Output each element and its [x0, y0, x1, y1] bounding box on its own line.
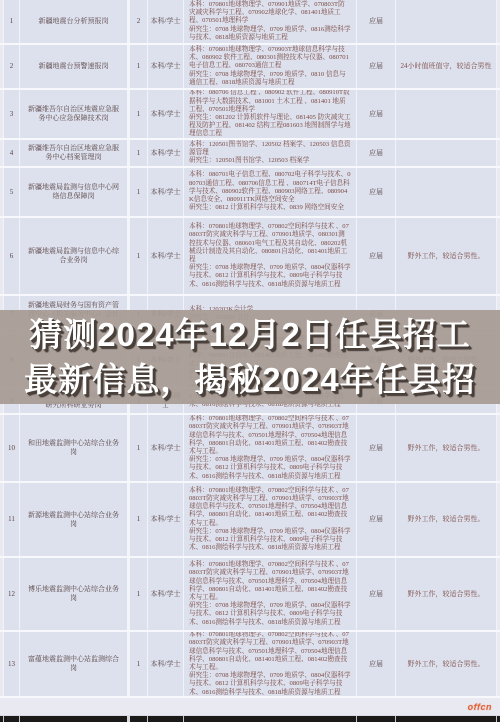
- cell-degree: 本科/学士: [148, 45, 184, 88]
- majors-text: 本科：080701电子信息工程、080702电子科学与技术、080703通信工程…: [186, 170, 354, 213]
- cell-position-name: 和田地震监测中心站综合业务岗: [20, 415, 130, 481]
- cell-fresh-grad: 应届: [357, 558, 396, 630]
- cell-headcount: 1: [130, 415, 148, 481]
- cell-remark: 野外工作，较适合男性。: [396, 415, 497, 481]
- band-col-index: [3, 716, 20, 722]
- cell-majors: 本科：120501图书馆学、120502 档案学、120503 信息资源管理 研…: [184, 140, 357, 166]
- cell-majors: 本科：080706 信息工程 、080902 软件工程、080910T数据科学与…: [184, 90, 357, 138]
- majors-text: 本科：070801地球物理学、070802空间科学与技术 、070803T防灾减…: [186, 486, 354, 554]
- majors-text: 本科：080706 信息工程 、080902 软件工程、080910T数据科学与…: [186, 90, 354, 138]
- cell-position-name: 博乐地震监测中心站综合业务岗: [20, 558, 130, 630]
- cell-remark: 24小时值班值守，较适合男性: [396, 45, 497, 88]
- cell-remark: 野外工作，较适合男性。: [396, 483, 497, 556]
- cell-headcount: 1: [130, 558, 148, 630]
- cell-remark: 野外工作，较适合男性。: [396, 558, 497, 630]
- band-col-majors: [184, 716, 357, 722]
- cell-degree: 本科/学士: [148, 0, 184, 43]
- cell-headcount: 1: [130, 218, 148, 294]
- cell-fresh-grad: 应届: [357, 0, 396, 43]
- cell-fresh-grad: 应届: [357, 90, 396, 138]
- cell-majors: 本科：070801地球物理学、070802空间科学与技术 、070803T防灾减…: [184, 483, 357, 556]
- cell-degree: 本科/学士: [148, 218, 184, 294]
- cell-degree: 本科/学士: [148, 415, 184, 481]
- table-row: 2 新疆地震台预警速报岗 1 本科/学士 本科：070801地球物理学、0709…: [0, 45, 500, 90]
- majors-text: 本科：120501图书馆学、120502 档案学、120503 信息资源管理 研…: [186, 140, 354, 166]
- cell-degree: 本科/学士: [148, 483, 184, 556]
- cell-headcount: 1: [130, 168, 148, 216]
- offcn-watermark: offcn: [468, 702, 492, 712]
- cell-fresh-grad: 应届: [357, 140, 396, 166]
- cell-majors: 本科：070801地球物理学、070802空间科学与技术 、070803T防灾减…: [184, 218, 357, 294]
- majors-text: 本科：070801地球物理学、070802空间科学与技术 、070803T防灾减…: [186, 222, 354, 290]
- table-row: 1 新疆地震台分析预报岗 2 本科/学士 本科：070801地球物理学、0709…: [0, 0, 500, 45]
- cell-degree: 本科/学士: [148, 168, 184, 216]
- majors-text: 本科：070801地球物理学、070802空间科学与技术 、070803T防灾减…: [186, 560, 354, 628]
- cell-position-name: 新疆地震局监测与信息中心网络信息保障岗: [20, 168, 130, 216]
- table-row: 11 新源地震监测中心站综合业务岗 1 本科/学士 本科：070801地球物理学…: [0, 483, 500, 558]
- cell-degree: 本科/学士: [148, 558, 184, 630]
- cell-row-index: 5: [3, 168, 20, 216]
- cell-majors: 本科：070801地球物理学、070802空间科学与技术 、070803T防灾减…: [184, 632, 357, 696]
- cell-majors: 本科：070801地球物理学、070903T地球信息科学与技术、080902 软…: [184, 45, 357, 88]
- cell-headcount: 1: [130, 140, 148, 166]
- cell-remark: [396, 168, 497, 216]
- cell-row-index: 10: [3, 415, 20, 481]
- band-col-position: [20, 716, 130, 722]
- cell-headcount: 1: [130, 483, 148, 556]
- table-footer-band-cropped: [0, 715, 500, 722]
- cell-majors: 本科：070801地球物理学、070802空间科学与技术 、070803T防灾减…: [184, 415, 357, 481]
- cell-degree: 本科/学士: [148, 90, 184, 138]
- cell-position-name: 新疆地震局监测与信息中心综合业务岗: [20, 218, 130, 294]
- overlay-title-line-1: 猜测2024年12月2日任县招工: [29, 312, 470, 357]
- cell-fresh-grad: 应届: [357, 218, 396, 294]
- cell-degree: 本科/学士: [148, 140, 184, 166]
- cell-remark: 野外工作，较适合男性。: [396, 218, 497, 294]
- table-row: 4 新疆维吾尔自治区地震应急服务中心档案管理岗 1 本科/学士 本科：12050…: [0, 140, 500, 168]
- cell-fresh-grad: 应届: [357, 483, 396, 556]
- table-row: 10 和田地震监测中心站综合业务岗 1 本科/学士 本科：070801地球物理学…: [0, 415, 500, 483]
- band-col-remark: [396, 716, 497, 722]
- band-col-fresh: [357, 716, 396, 722]
- cell-row-index: 1: [3, 0, 20, 43]
- cell-fresh-grad: 应届: [357, 415, 396, 481]
- cell-remark: 野外工作，较适合男性。: [396, 632, 497, 696]
- cell-position-name: 新源地震监测中心站综合业务岗: [20, 483, 130, 556]
- cell-row-index: 3: [3, 90, 20, 138]
- cell-remark: [396, 140, 497, 166]
- table-row: 6 新疆地震局监测与信息中心综合业务岗 1 本科/学士 本科：070801地球物…: [0, 218, 500, 296]
- cell-headcount: 1: [130, 632, 148, 696]
- cell-position-name: 新疆地震台预警速报岗: [20, 45, 130, 88]
- cell-position-name: 新疆地震台分析预报岗: [20, 0, 130, 43]
- cell-remark: [396, 90, 497, 138]
- cell-position-name: 富蕴地震监测中心站监测综合岗: [20, 632, 130, 696]
- majors-text: 本科：070801地球物理学、070802空间科学与技术 、070803T防灾减…: [186, 632, 354, 696]
- majors-text: 本科：070801地球物理学、070903T地球信息科学与技术、080902 软…: [186, 45, 354, 88]
- cell-majors: 本科：070801地球物理学、070901地质学、070803T防灾减灾科学与工…: [184, 0, 357, 43]
- table-row: 12 博乐地震监测中心站综合业务岗 1 本科/学士 本科：070801地球物理学…: [0, 558, 500, 632]
- cell-majors: 本科：070801地球物理学、070802空间科学与技术 、070803T防灾减…: [184, 558, 357, 630]
- cell-row-index: 6: [3, 218, 20, 294]
- cell-fresh-grad: 应届: [357, 168, 396, 216]
- cell-row-index: 2: [3, 45, 20, 88]
- band-col-headcount: [130, 716, 148, 722]
- cell-remark: [396, 0, 497, 43]
- cell-row-index: 12: [3, 558, 20, 630]
- overlay-title-line-2: 最新信息，揭秘2024年任县招: [24, 357, 475, 402]
- cell-majors: 本科：080701电子信息工程、080702电子科学与技术、080703通信工程…: [184, 168, 357, 216]
- title-overlay: 猜测2024年12月2日任县招工 最新信息，揭秘2024年任县招: [0, 310, 500, 404]
- cell-fresh-grad: 应届: [357, 45, 396, 88]
- cell-headcount: 1: [130, 90, 148, 138]
- band-col-degree: [148, 716, 184, 722]
- majors-text: 本科：070801地球物理学、070901地质学、070803T防灾减灾科学与工…: [186, 0, 354, 43]
- table-row: 3 新疆维吾尔自治区地震应急服务中心应急保障技术岗 1 本科/学士 本科：080…: [0, 90, 500, 140]
- majors-text: 本科：070801地球物理学、070802空间科学与技术 、070803T防灾减…: [186, 415, 354, 481]
- cell-degree: 本科/学士: [148, 632, 184, 696]
- cell-row-index: 11: [3, 483, 20, 556]
- cell-row-index: 4: [3, 140, 20, 166]
- recruitment-table-screenshot: 1 新疆地震台分析预报岗 2 本科/学士 本科：070801地球物理学、0709…: [0, 0, 500, 722]
- cell-fresh-grad: 应届: [357, 632, 396, 696]
- table-row: 13 富蕴地震监测中心站监测综合岗 1 本科/学士 本科：070801地球物理学…: [0, 632, 500, 698]
- table-row: 5 新疆地震局监测与信息中心网络信息保障岗 1 本科/学士 本科：080701电…: [0, 168, 500, 218]
- cell-row-index: 13: [3, 632, 20, 696]
- cell-position-name: 新疆维吾尔自治区地震应急服务中心档案管理岗: [20, 140, 130, 166]
- cell-position-name: 新疆维吾尔自治区地震应急服务中心应急保障技术岗: [20, 90, 130, 138]
- cell-headcount: 2: [130, 0, 148, 43]
- cell-headcount: 1: [130, 45, 148, 88]
